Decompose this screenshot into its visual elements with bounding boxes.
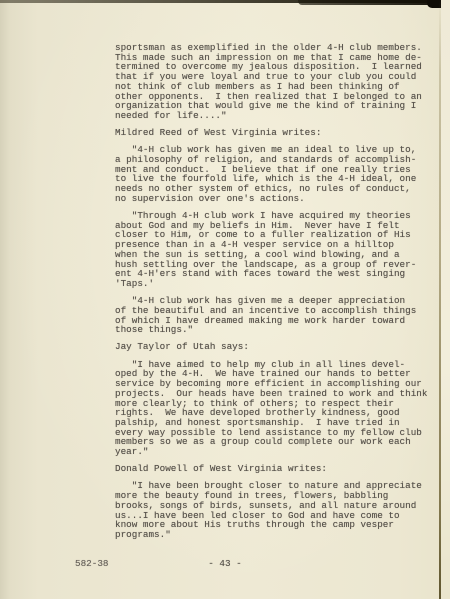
attribution-donald-powell: Donald Powell of West Virginia writes: <box>115 464 435 474</box>
page-binding-line <box>439 0 441 599</box>
attribution-jay-taylor: Jay Taylor of Utah says: <box>115 342 435 352</box>
quote-ideal: "4-H club work has given me an ideal to … <box>115 145 435 203</box>
page-number: - 43 - <box>0 558 450 569</box>
scanned-page: sportsman as exemplified in the older 4-… <box>0 0 450 599</box>
paragraph-sportsmanship: sportsman as exemplified in the older 4-… <box>115 43 435 121</box>
quote-nature: "I have been brought closer to nature an… <box>115 481 435 539</box>
quote-vesper-service: "Through 4-H club work I have acquired m… <box>115 211 435 289</box>
quote-club-lines: "I have aimed to help my club in all lin… <box>115 360 435 457</box>
attribution-mildred-reed: Mildred Reed of West Virginia writes: <box>115 128 435 138</box>
quote-appreciation: "4-H club work has given me a deeper app… <box>115 296 435 335</box>
page-right-margin-strip <box>441 0 450 599</box>
typewritten-text: sportsman as exemplified in the older 4-… <box>115 43 435 547</box>
